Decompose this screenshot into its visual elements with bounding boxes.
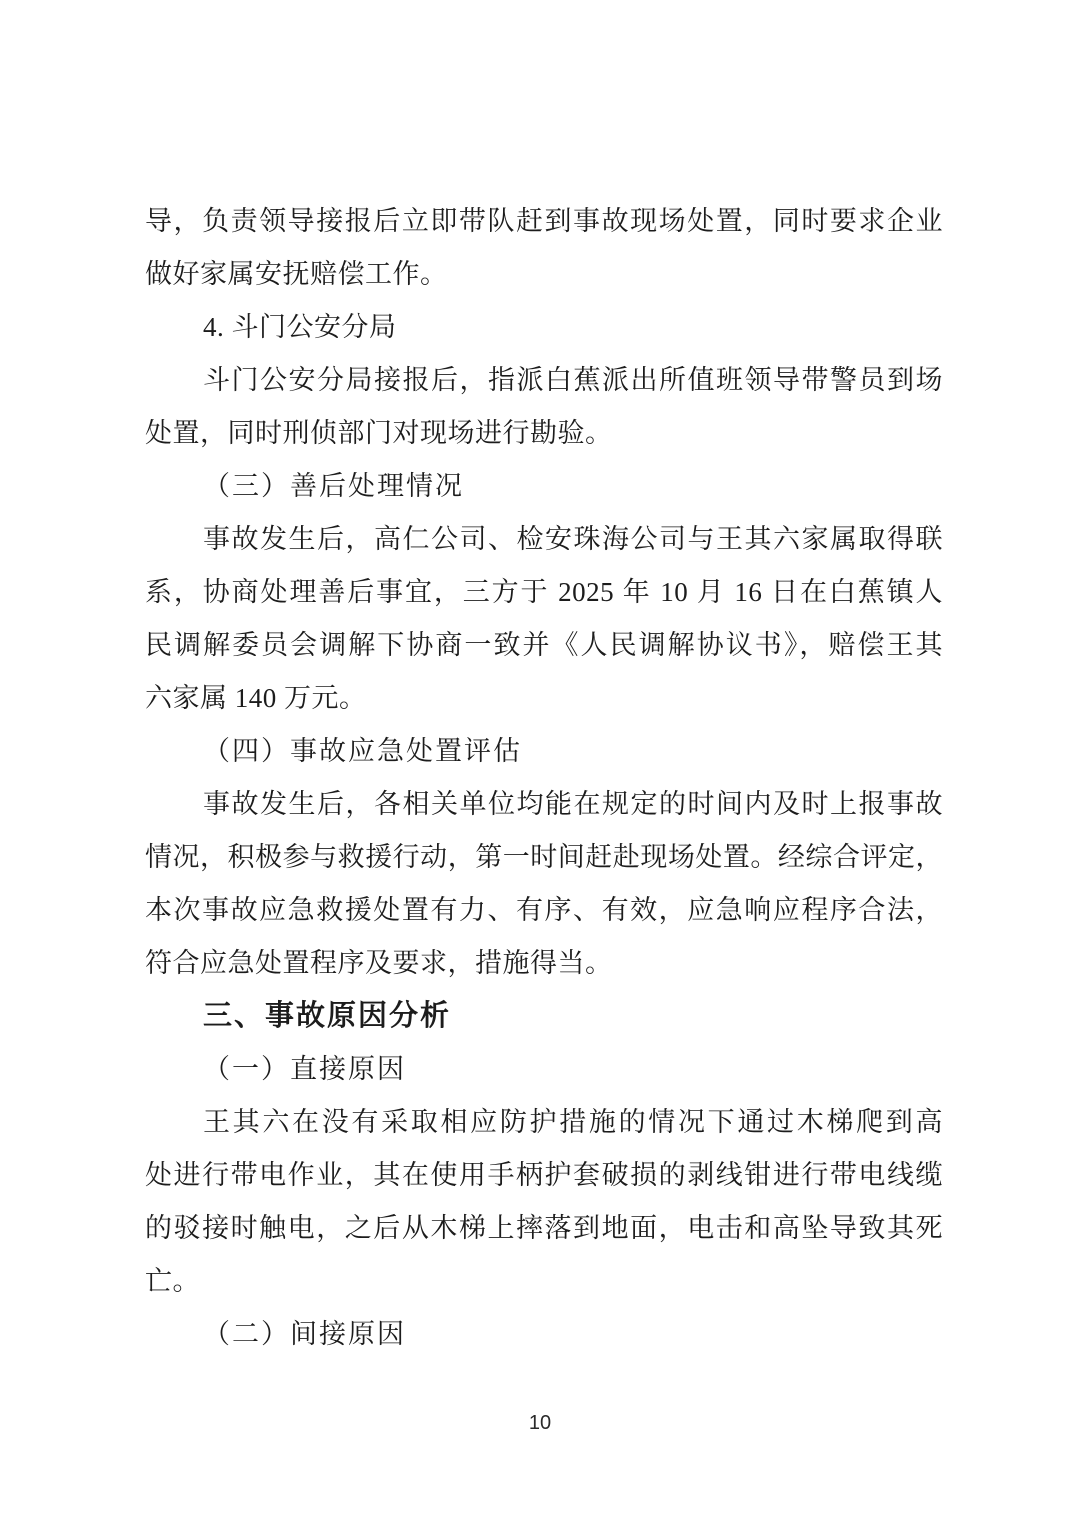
- document-body: 导，负责领导接报后立即带队赶到事故现场处置，同时要求企业 做好家属安抚赔偿工作。…: [145, 195, 943, 1361]
- page-number: 10: [0, 1412, 1080, 1435]
- text-line: 王其六在没有采取相应防护措施的情况下通过木梯爬到高: [145, 1096, 943, 1149]
- text-line: 处进行带电作业，其在使用手柄护套破损的剥线钳进行带电线缆: [145, 1149, 943, 1202]
- text-line: 导，负责领导接报后立即带队赶到事故现场处置，同时要求企业: [145, 195, 943, 248]
- text-line: 情况，积极参与救援行动，第一时间赶赴现场处置。经综合评定，: [145, 831, 943, 884]
- text-line: 事故发生后，各相关单位均能在规定的时间内及时上报事故: [145, 778, 943, 831]
- text-line: 本次事故应急救援处置有力、有序、有效，应急响应程序合法，: [145, 884, 943, 937]
- text-line: 民调解委员会调解下协商一致并《人民调解协议书》，赔偿王其: [145, 619, 943, 672]
- text-line: 系，协商处理善后事宜，三方于 2025 年 10 月 16 日在白蕉镇人: [145, 566, 943, 619]
- heading-section-4-emergency-eval: （四）事故应急处置评估: [145, 725, 943, 778]
- text-line: 符合应急处置程序及要求，措施得当。: [145, 937, 943, 990]
- text-line: 六家属 140 万元。: [145, 672, 943, 725]
- text-line: 事故发生后，高仁公司、检安珠海公司与王其六家属取得联: [145, 513, 943, 566]
- heading-indirect-cause: （二）间接原因: [145, 1308, 943, 1361]
- heading-direct-cause: （一）直接原因: [145, 1043, 943, 1096]
- text-line: 亡。: [145, 1255, 943, 1308]
- text-line: 做好家属安抚赔偿工作。: [145, 248, 943, 301]
- document-page: 导，负责领导接报后立即带队赶到事故现场处置，同时要求企业 做好家属安抚赔偿工作。…: [0, 0, 1080, 1527]
- heading-section-3-aftercare: （三）善后处理情况: [145, 460, 943, 513]
- text-line: 的驳接时触电，之后从木梯上摔落到地面，电击和高坠导致其死: [145, 1202, 943, 1255]
- text-line: 处置，同时刑侦部门对现场进行勘验。: [145, 407, 943, 460]
- text-line: 斗门公安分局接报后，指派白蕉派出所值班领导带警员到场: [145, 354, 943, 407]
- heading-chapter-3-cause-analysis: 三、事故原因分析: [145, 990, 943, 1043]
- list-item-4-police-bureau: 4. 斗门公安分局: [145, 301, 943, 354]
